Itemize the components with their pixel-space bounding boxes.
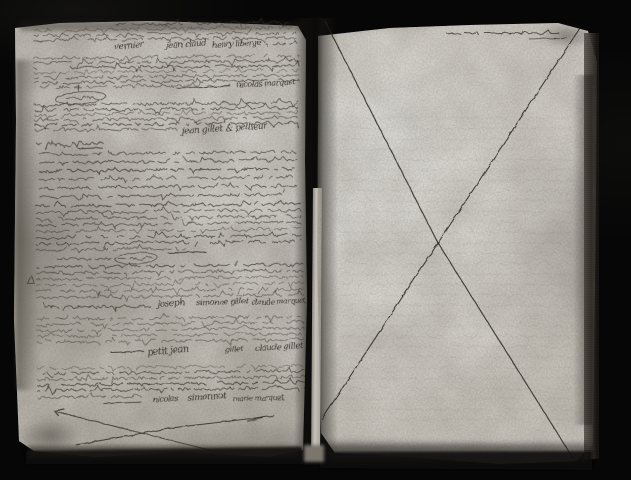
signature-text: gillet [225, 344, 245, 354]
signature-text: marie marquet [232, 393, 285, 403]
ink-layer: vernierjean claudhenry libergenicolas ma… [0, 0, 631, 480]
right-page-bottom-shadow [320, 451, 592, 470]
register-scan: vernierjean claudhenry libergenicolas ma… [0, 0, 631, 480]
signature-text: nicolas [152, 394, 178, 404]
